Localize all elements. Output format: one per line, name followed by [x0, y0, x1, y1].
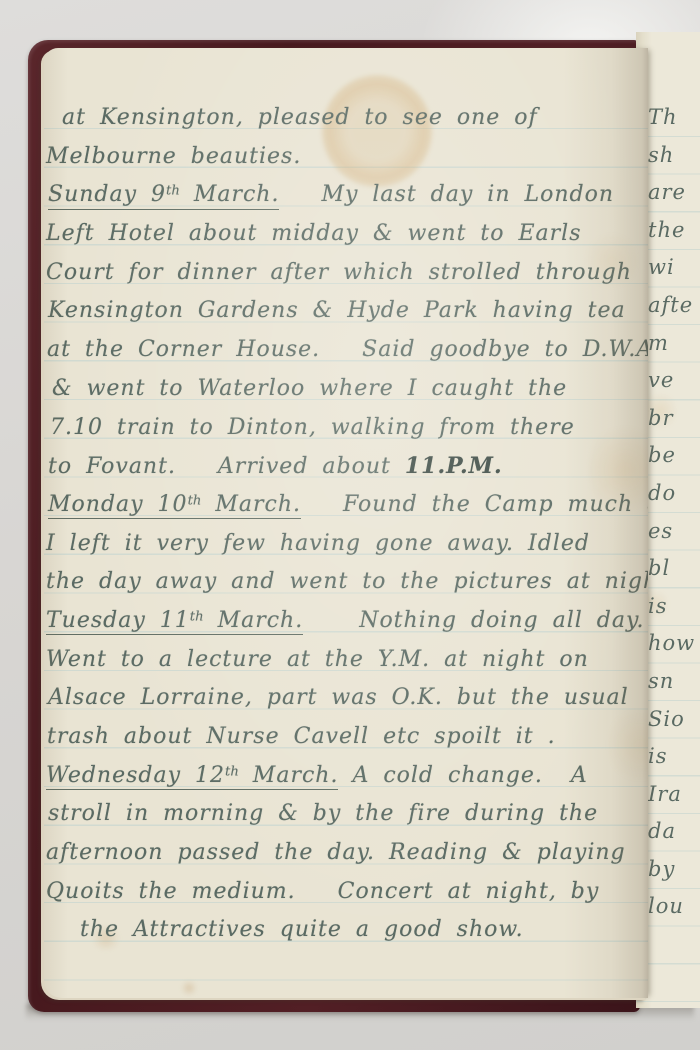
diary-line: Went to a lecture at the Y.M. at night o… [46, 641, 646, 680]
diary-line: Monday 10th March. Found the Camp much a… [46, 486, 646, 525]
diary-text-segment: the day away and went to the pictures at… [46, 569, 648, 594]
diary-line: the day away and went to the pictures at… [46, 563, 646, 602]
date-heading: Sunday 9th March. [48, 183, 279, 209]
facing-page-text: ThsharethewiaftemvebrbedoesblishowsnSioi… [648, 99, 700, 926]
facing-page-text-fragment: Th [648, 99, 700, 137]
date-heading-segment: March. [239, 763, 339, 788]
date-heading-segment: March. [204, 608, 304, 633]
facing-page-text-fragment: afte [648, 287, 700, 325]
facing-page-text-fragment: do [648, 475, 700, 513]
diary-text-segment: afternoon passed the day. Reading & play… [46, 840, 626, 865]
diary-line: Kensington Gardens & Hyde Park having te… [46, 292, 646, 331]
photo-background: { "colors": { "background": "#d8d6d3", "… [0, 0, 700, 1050]
facing-page-text-fragment: is [648, 738, 700, 776]
diary-text-segment: Left Hotel about midday & went to Earls [46, 221, 582, 246]
diary-text-segment: 11.P.M. [405, 453, 503, 479]
diary-line: Alsace Lorraine, part was O.K. but the u… [46, 679, 646, 718]
facing-page-text-fragment: ve [648, 362, 700, 400]
diary-line: afternoon passed the day. Reading & play… [46, 834, 646, 873]
facing-page-text-fragment: wi [648, 249, 700, 287]
diary-line: at Kensington, pleased to see one of [46, 99, 646, 138]
facing-page-text-fragment: sn [648, 663, 700, 701]
diary-line: Left Hotel about midday & went to Earls [46, 215, 646, 254]
diary-line: Melbourne beauties. [46, 138, 646, 177]
diary-line: Quoits the medium. Concert at night, by [46, 873, 646, 912]
diary-text-segment: My last day in London [279, 182, 614, 207]
diary-text-segment: A cold change. A [338, 763, 587, 788]
diary-line: & went to Waterloo where I caught the [46, 370, 646, 409]
facing-page-text-fragment: da [648, 813, 700, 851]
date-heading-segment: Tuesday 11 [46, 608, 190, 633]
diary-text-segment: Found the Camp much as [301, 492, 648, 517]
date-heading-segment: th [190, 609, 204, 624]
facing-page-text-fragment: sh [648, 137, 700, 175]
diary-line: the Attractives quite a good show. [46, 911, 646, 950]
diary-text-segment: I left it very few having gone away. Idl… [46, 531, 590, 556]
diary-line: I left it very few having gone away. Idl… [46, 525, 646, 564]
diary-line: 7.10 train to Dinton, walking from there [46, 409, 646, 448]
diary-text-segment: stroll in morning & by the fire during t… [48, 801, 598, 826]
diary-text-segment: Quoits the medium. Concert at night, by [46, 879, 599, 904]
facing-page-text-fragment: bl [648, 550, 700, 588]
diary-line: Sunday 9th March. My last day in London [46, 176, 646, 215]
diary-line: stroll in morning & by the fire during t… [46, 795, 646, 834]
date-heading-segment: March. [180, 182, 280, 207]
diary-text: at Kensington, pleased to see one ofMelb… [46, 99, 646, 950]
diary-page: at Kensington, pleased to see one ofMelb… [44, 48, 648, 998]
diary-text-segment: at the Corner House. Said goodbye to D.W… [47, 337, 648, 362]
facing-page-text-fragment: be [648, 437, 700, 475]
diary-text-segment: Melbourne beauties. [46, 144, 301, 169]
diary-line: Wednesday 12th March. A cold change. A [46, 757, 646, 796]
stain-mark [180, 981, 198, 995]
diary-line: to Fovant. Arrived about 11.P.M. [46, 447, 646, 486]
date-heading-segment: Monday 10 [48, 492, 188, 517]
date-heading-segment: Sunday 9 [48, 182, 166, 207]
diary-text-segment: trash about Nurse Cavell etc spoilt it . [47, 724, 556, 749]
diary-text-segment: Nothing doing all day. [303, 608, 644, 633]
facing-page-text-fragment: Sio [648, 701, 700, 739]
facing-page-text-fragment: Ira [648, 776, 700, 814]
diary-text-segment: Kensington Gardens & Hyde Park having te… [48, 298, 626, 323]
facing-page-text-fragment: by [648, 851, 700, 889]
diary-line: at the Corner House. Said goodbye to D.W… [46, 331, 646, 370]
facing-page-text-fragment: are [648, 174, 700, 212]
date-heading: Tuesday 11th March. [46, 609, 303, 635]
diary-text-segment: 7.10 train to Dinton, walking from there [50, 415, 575, 440]
diary-text-segment: to Fovant. Arrived about [48, 454, 405, 479]
diary-text-segment: at Kensington, pleased to see one of [62, 105, 538, 130]
diary-text-segment: Court for dinner after which strolled th… [46, 260, 632, 285]
date-heading: Wednesday 12th March. [46, 764, 338, 790]
diary-line: Tuesday 11th March. Nothing doing all da… [46, 602, 646, 641]
facing-page-text-fragment: m [648, 325, 700, 363]
facing-page-text-fragment: br [648, 400, 700, 438]
facing-page-text-fragment: the [648, 212, 700, 250]
facing-page-text-fragment: how [648, 625, 700, 663]
diary-line: trash about Nurse Cavell etc spoilt it . [46, 718, 646, 757]
date-heading-segment: th [225, 764, 239, 779]
diary-line: Court for dinner after which strolled th… [46, 254, 646, 293]
facing-page-text-fragment: is [648, 588, 700, 626]
date-heading-segment: Wednesday 12 [46, 763, 225, 788]
diary-text-segment: Alsace Lorraine, part was O.K. but the u… [48, 685, 629, 710]
date-heading-segment: th [188, 493, 202, 508]
diary-text-segment: Went to a lecture at the Y.M. at night o… [46, 647, 589, 672]
diary-text-segment: & went to Waterloo where I caught the [52, 376, 567, 401]
facing-page-text-fragment: lou [648, 888, 700, 926]
date-heading-segment: March. [201, 492, 301, 517]
diary-text-segment: the Attractives quite a good show. [80, 917, 524, 942]
date-heading: Monday 10th March. [48, 493, 301, 519]
date-heading-segment: th [166, 184, 180, 199]
facing-page-text-fragment: es [648, 513, 700, 551]
